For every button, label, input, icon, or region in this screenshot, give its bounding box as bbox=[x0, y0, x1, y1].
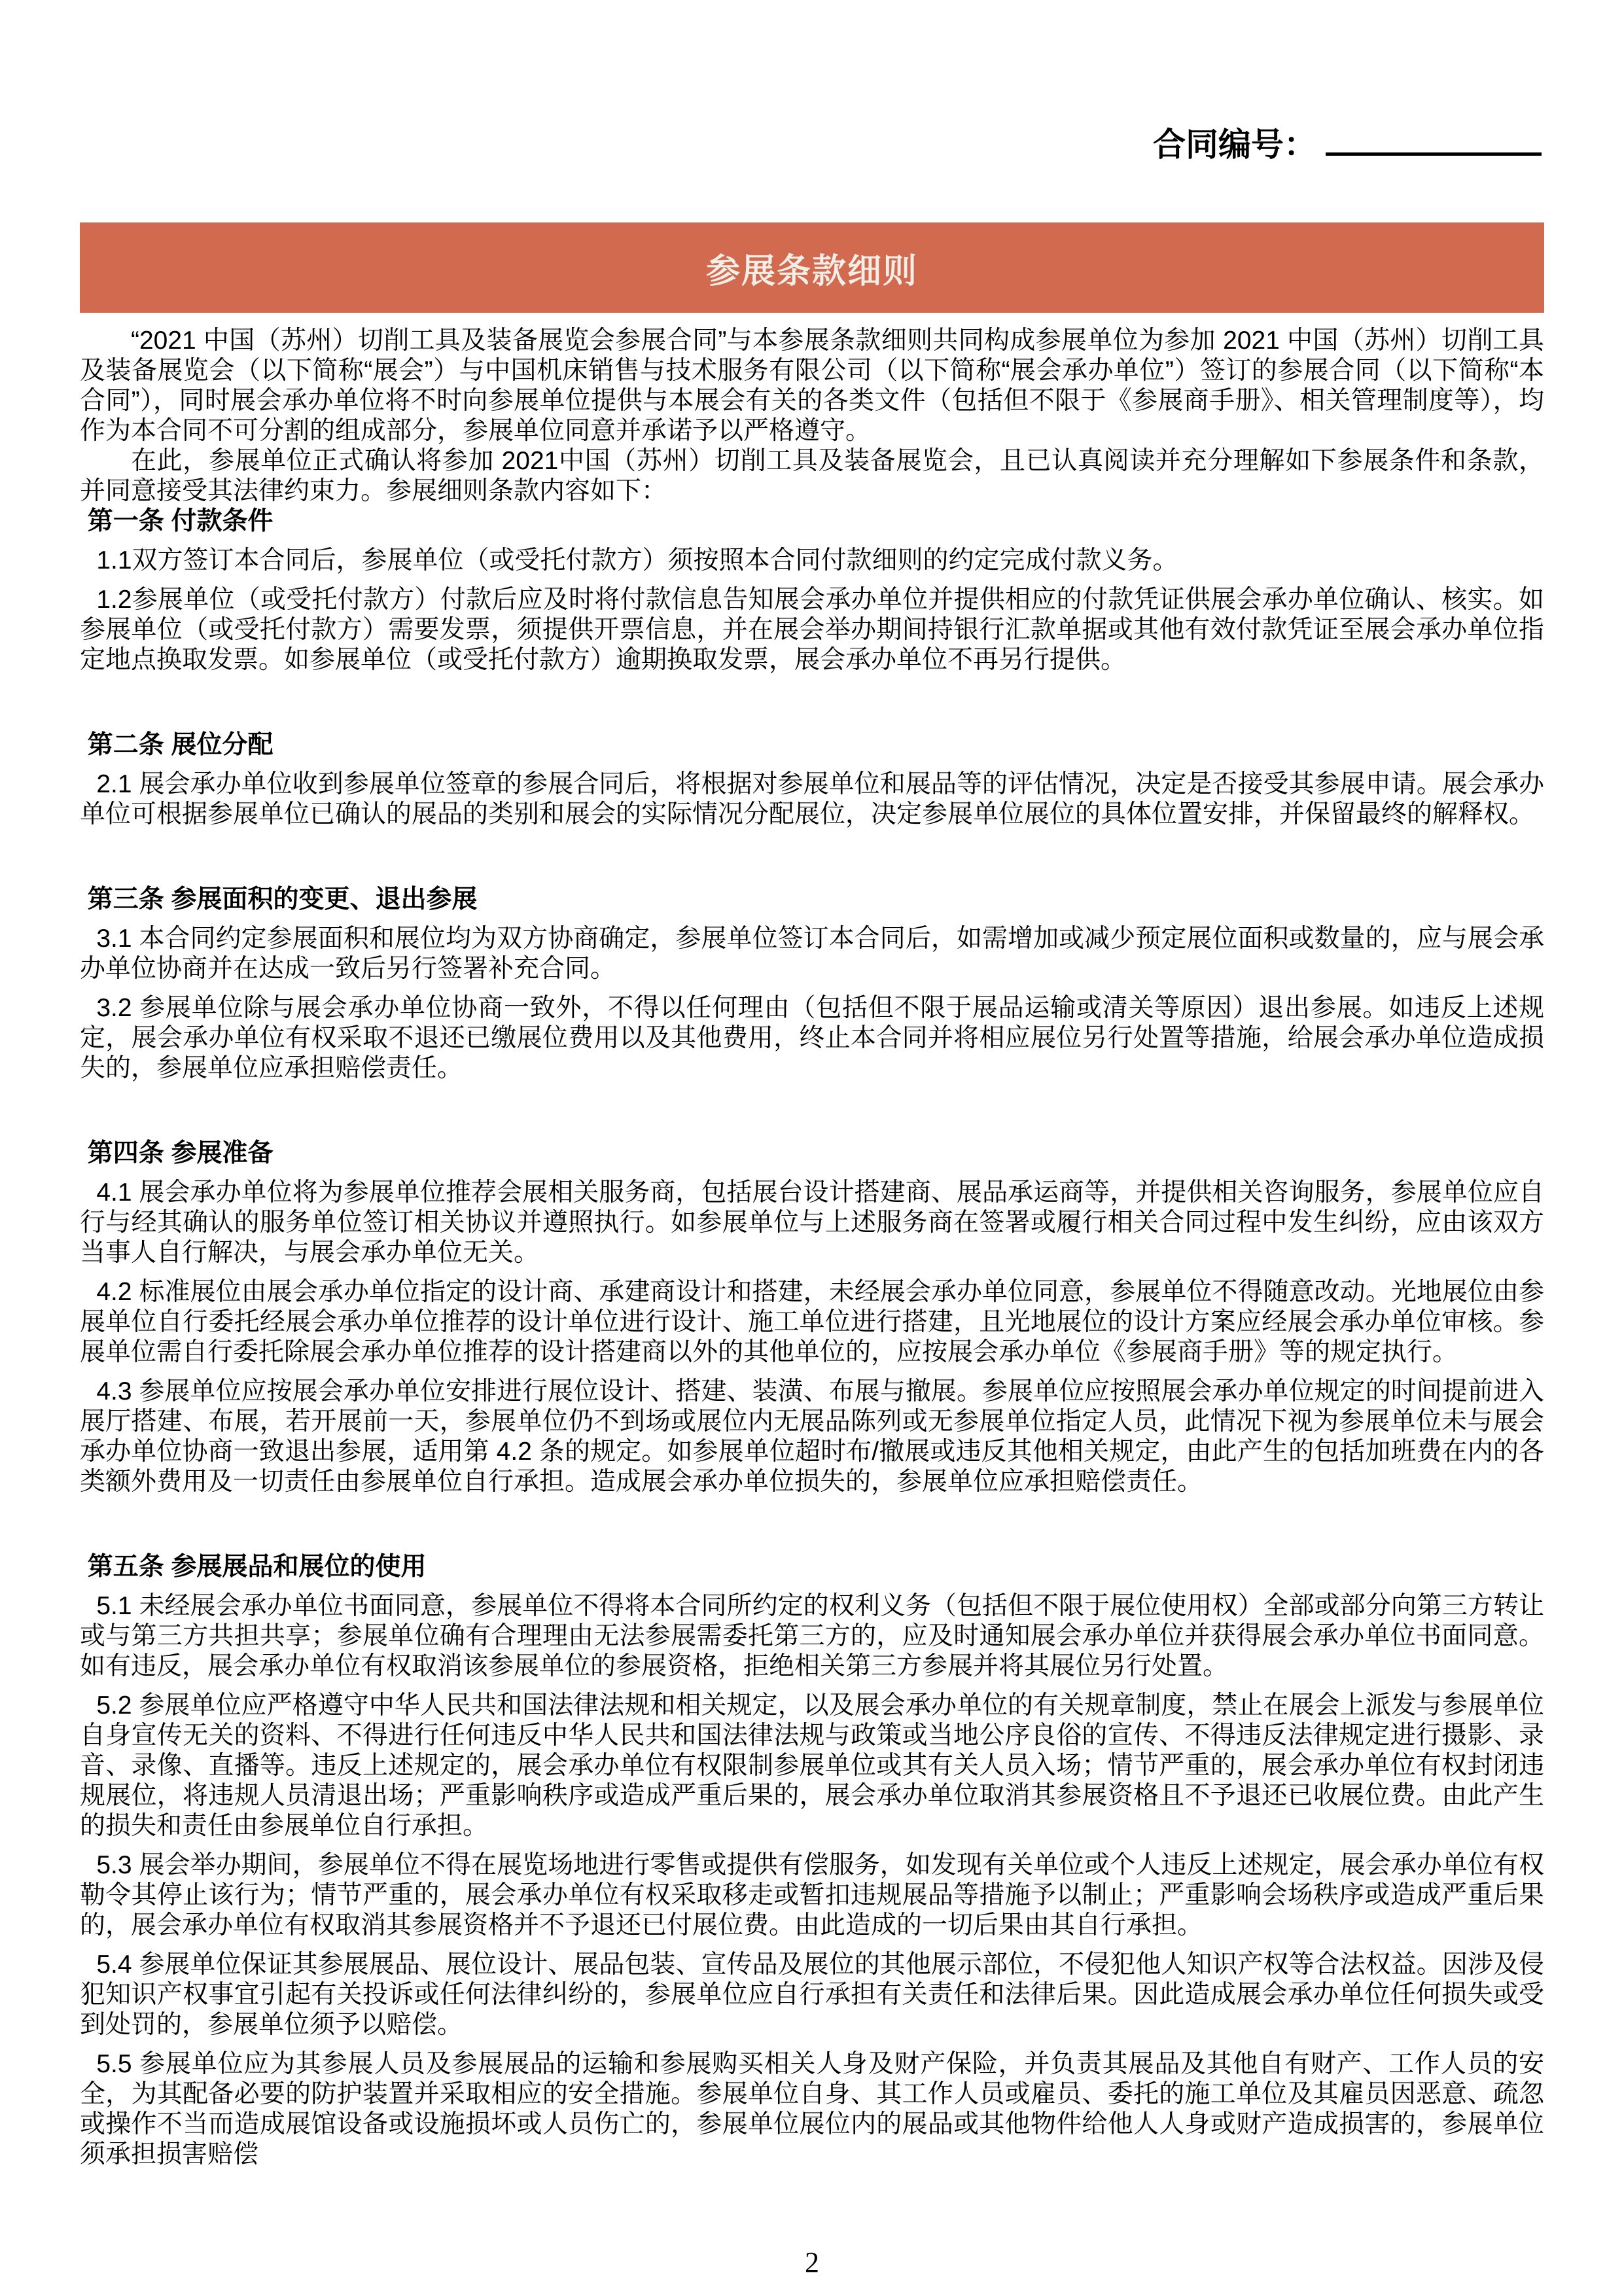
document-body: “2021 中国（苏州）切削工具及装备展览会参展合同”与本参展条款细则共同构成参… bbox=[80, 326, 1544, 2170]
clause-4-3: 4.3 参展单位应按展会承办单位安排进行展位设计、搭建、装潢、布展与撤展。参展单… bbox=[80, 1377, 1544, 1497]
section-heading-4: 第四条 参展准备 bbox=[80, 1139, 1544, 1169]
clause-1-1: 1.1双方签订本合同后，参展单位（或受托付款方）须按照本合同付款细则的约定完成付… bbox=[80, 546, 1544, 576]
contract-page: 合同编号： 参展条款细则 “2021 中国（苏州）切削工具及装备展览会参展合同”… bbox=[0, 0, 1624, 2296]
section-heading-3: 第三条 参展面积的变更、退出参展 bbox=[80, 885, 1544, 915]
clause-4-2: 4.2 标准展位由展会承办单位指定的设计商、承建商设计和搭建，未经展会承办单位同… bbox=[80, 1277, 1544, 1368]
clause-3-1: 3.1 本合同约定参展面积和展位均为双方协商确定，参展单位签订本合同后，如需增加… bbox=[80, 924, 1544, 984]
clause-3-2: 3.2 参展单位除与展会承办单位协商一致外，不得以任何理由（包括但不限于展品运输… bbox=[80, 993, 1544, 1084]
contract-number-label: 合同编号： bbox=[1153, 126, 1316, 163]
page-number: 2 bbox=[0, 2246, 1624, 2279]
clause-4-1: 4.1 展会承办单位将为参展单位推荐会展相关服务商，包括展台设计搭建商、展品承运… bbox=[80, 1178, 1544, 1268]
intro-paragraph-1: “2021 中国（苏州）切削工具及装备展览会参展合同”与本参展条款细则共同构成参… bbox=[80, 326, 1544, 446]
clause-1-2: 1.2参展单位（或受托付款方）付款后应及时将付款信息告知展会承办单位并提供相应的… bbox=[80, 585, 1544, 675]
intro-paragraph-2: 在此，参展单位正式确认将参加 2021中国（苏州）切削工具及装备展览会，且已认真… bbox=[80, 446, 1544, 506]
document-title-banner: 参展条款细则 bbox=[80, 222, 1544, 313]
contract-number-blank bbox=[1326, 122, 1542, 156]
section-heading-5: 第五条 参展展品和展位的使用 bbox=[80, 1552, 1544, 1582]
clause-5-5: 5.5 参展单位应为其参展人员及参展展品的运输和参展购买相关人身及财产保险，并负… bbox=[80, 2049, 1544, 2170]
clause-2-1: 2.1 展会承办单位收到参展单位签章的参展合同后，将根据对参展单位和展品等的评估… bbox=[80, 769, 1544, 830]
section-heading-2: 第二条 展位分配 bbox=[80, 730, 1544, 760]
clause-5-3: 5.3 展会举办期间，参展单位不得在展览场地进行零售或提供有偿服务，如发现有关单… bbox=[80, 1850, 1544, 1941]
section-heading-1: 第一条 付款条件 bbox=[80, 506, 1544, 537]
clause-5-4: 5.4 参展单位保证其参展展品、展位设计、展品包装、宣传品及展位的其他展示部位，… bbox=[80, 1950, 1544, 2040]
contract-number-row: 合同编号： bbox=[1153, 122, 1542, 165]
clause-5-2: 5.2 参展单位应严格遵守中华人民共和国法律法规和相关规定，以及展会承办单位的有… bbox=[80, 1691, 1544, 1841]
clause-5-1: 5.1 未经展会承办单位书面同意，参展单位不得将本合同所约定的权利义务（包括但不… bbox=[80, 1591, 1544, 1682]
document-title: 参展条款细则 bbox=[706, 243, 918, 292]
